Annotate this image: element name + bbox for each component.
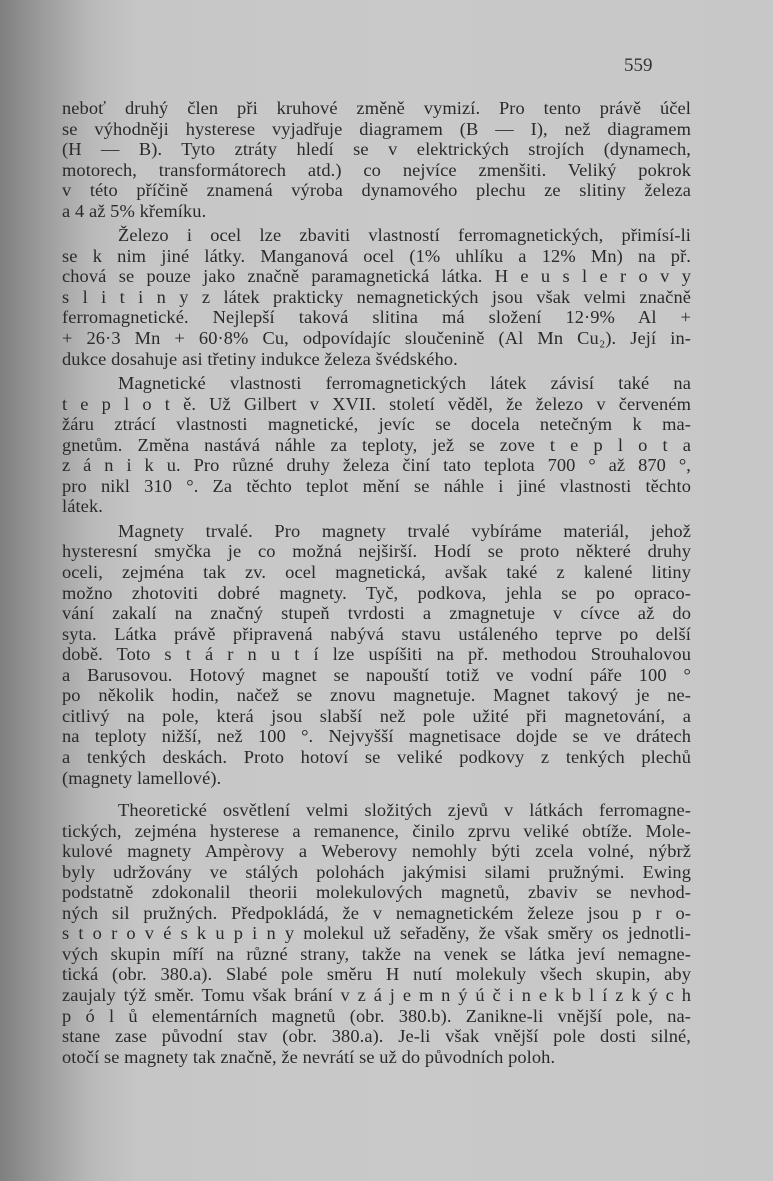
text-line: Magnetické vlastnosti ferromagnetických … xyxy=(62,373,691,394)
text-line: oceli, zejména tak zv. ocel magnetická, … xyxy=(62,562,691,583)
body-text: neboť druhý člen při kruhové změně vymiz… xyxy=(62,98,691,1067)
text-line: s t o r o v é s k u p i n y molekul už s… xyxy=(62,923,691,944)
text-line: Theoretické osvětlení velmi složitých zj… xyxy=(62,800,691,821)
text-line: na teploty nižší, než 100 °. Nejvyšší ma… xyxy=(62,726,691,747)
text-line: tických, zejména hysterese a remanence, … xyxy=(62,821,691,842)
text-line: a tenkých deskách. Proto hotoví se velik… xyxy=(62,747,691,768)
text-line: (H — B). Tyto ztráty hledí se v elektric… xyxy=(62,139,691,160)
text-line: v této příčině znamená výroba dynamového… xyxy=(62,180,691,201)
text-line: p ó l ů elementárních magnetů (obr. 380.… xyxy=(62,1006,691,1027)
text-line: + 26·3 Mn + 60·8% Cu, odpovídajíc slouče… xyxy=(62,328,691,349)
text-line: vání zakalí na značný stupeň tvrdosti a … xyxy=(62,603,691,624)
text-line: ferromagnetické. Nejlepší taková slitina… xyxy=(62,307,691,328)
paragraph-alloys: Železo i ocel lze zbaviti vlastností fer… xyxy=(62,225,691,369)
text-line: možno zhotoviti dobré magnety. Tyč, podk… xyxy=(62,583,691,604)
paragraph-hysteresis-losses: neboť druhý člen při kruhové změně vymiz… xyxy=(62,98,691,221)
text-line: kulové magnety Ampèrovy a Weberovy nemoh… xyxy=(62,841,691,862)
text-line: otočí se magnety tak značně, že nevrátí … xyxy=(62,1047,691,1068)
paragraph-temperature: Magnetické vlastnosti ferromagnetických … xyxy=(62,373,691,517)
text-line: vých skupin míří na různé strany, takže … xyxy=(62,944,691,965)
text-line: byly udržovány ve stálých polohách jakým… xyxy=(62,862,691,883)
text-line: Magnety trvalé. Pro magnety trvalé vybír… xyxy=(62,521,691,542)
text-line: gnetům. Změna nastává náhle za teploty, … xyxy=(62,435,691,456)
text-line: citlivý na pole, která jsou slabší než p… xyxy=(62,706,691,727)
scanned-book-page: 559 neboť druhý člen při kruhové změně v… xyxy=(0,0,773,1181)
text-line: t e p l o t ě. Už Gilbert v XVII. stolet… xyxy=(62,394,691,415)
text-line: (magnety lamellové). xyxy=(62,768,691,789)
text-line: se výhodněji hysterese vyjadřuje diagram… xyxy=(62,119,691,140)
text-line: zaujaly týž směr. Tomu však brání v z á … xyxy=(62,985,691,1006)
text-line: podstatně zdokonalil theorii molekulovýc… xyxy=(62,882,691,903)
text-line: motorech, transformátorech atd.) co nejv… xyxy=(62,160,691,181)
text-line: a Barusovou. Hotový magnet se napouští t… xyxy=(62,665,691,686)
page-number: 559 xyxy=(624,55,653,77)
text-line: tická (obr. 380.a). Slabé pole směru H n… xyxy=(62,964,691,985)
paragraph-theory: Theoretické osvětlení velmi složitých zj… xyxy=(62,800,691,1067)
text-line: se k nim jiné látky. Manganová ocel (1% … xyxy=(62,246,691,267)
text-line: pro nikl 310 °. Za těchto teplot mění se… xyxy=(62,476,691,497)
text-line: chová se pouze jako značně paramagnetick… xyxy=(62,266,691,287)
text-line: Železo i ocel lze zbaviti vlastností fer… xyxy=(62,225,691,246)
text-line: po několik hodin, načež se znovu magnetu… xyxy=(62,685,691,706)
text-line: s l i t i n y z látek prakticky nemagnet… xyxy=(62,287,691,308)
text-line: syta. Látka právě připravená nabývá stav… xyxy=(62,624,691,645)
text-line: z á n i k u. Pro různé druhy železa činí… xyxy=(62,455,691,476)
text-line: a 4 až 5% křemíku. xyxy=(62,201,691,222)
text-line: dukce dosahuje asi třetiny indukce želez… xyxy=(62,349,691,370)
text-line: době. Toto s t á r n u t í lze uspíšiti … xyxy=(62,644,691,665)
text-line: ných sil pružných. Předpokládá, že v nem… xyxy=(62,903,691,924)
text-line: neboť druhý člen při kruhové změně vymiz… xyxy=(62,98,691,119)
text-line: stane zase původní stav (obr. 380.a). Je… xyxy=(62,1026,691,1047)
paragraph-permanent-magnets: Magnety trvalé. Pro magnety trvalé vybír… xyxy=(62,521,691,788)
text-line: hysteresní smyčka je co možná nejširší. … xyxy=(62,541,691,562)
text-line: žáru ztrácí vlastnosti magnetické, jevíc… xyxy=(62,414,691,435)
text-line: látek. xyxy=(62,496,691,517)
